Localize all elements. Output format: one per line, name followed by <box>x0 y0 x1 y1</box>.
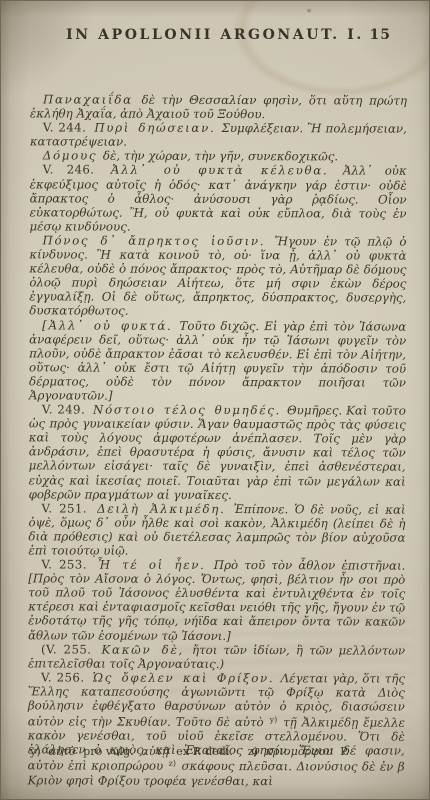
scholia-paragraph: V. 244. Πυρὶ δηώσειαν. Συμφλέξειαν. Ἢ πο… <box>30 121 407 151</box>
lemma-text: [Ἀλλ᾽ οὐ φυκτά. <box>42 318 172 332</box>
page-show-through <box>160 615 412 748</box>
scholia-paragraph: Πόνος δ᾽ ἄπρηκτος ἰοῦσιν. Ἤγουν ἐν τῷ πλ… <box>29 233 406 319</box>
book-page-scan: IN APOLLONII ARGONAUT. I. 15 Παναχαιΐδα … <box>0 0 430 800</box>
verse-ref: V. 253. <box>41 557 87 571</box>
latin-text: y) <box>30 745 41 758</box>
note-text: Θυμῆρες. Καὶ τοῦτο ὡς πρὸς γυναικείαν φύ… <box>29 403 406 501</box>
scholia-paragraph: [Ἀλλ᾽ οὐ φυκτά. Τοῦτο διχῶς. Εἰ γὰρ ἐπὶ … <box>29 318 406 404</box>
scholia-paragraph: Δόμους δὲ, τὴν χώραν, τὴν γῆν, συνεκδοχι… <box>30 149 407 164</box>
scholia-paragraph: Παναχαιΐδα δὲ τὴν Θεσσαλίαν φησὶν, ὅτι α… <box>30 92 407 122</box>
lemma-text: Ἀλλ᾽ οὐ φυκτὰ κέλευθα. <box>111 163 329 178</box>
running-header: IN APOLLONII ARGONAUT. I. 15 <box>1 27 429 45</box>
lemma-text: Νόστοιο τέλος θυμηδές. <box>93 403 281 418</box>
lemma-text: Δειλὴ Ἀλκιμέδη. <box>97 501 225 515</box>
scholia-paragraph: V. 251. Δειλὴ Ἀλκιμέδη. Ἐπίπονε. Ὁ δὲ νο… <box>28 501 405 559</box>
footnote-marker: z) <box>169 759 176 768</box>
verse-ref: V. 256. <box>41 670 85 684</box>
verse-ref: V. 249. <box>42 402 85 416</box>
verse-ref: V. 251. <box>42 501 87 515</box>
lemma-text: Ἦ τέ οἱ ἦεν. <box>97 558 206 572</box>
latin-text: pro vulg. <box>83 745 134 758</box>
verse-ref: (V. 255. <box>41 642 91 656</box>
note-text: αὐτὸ <box>48 745 75 758</box>
lemma-text: Πυρὶ δηώσειαν. <box>94 121 215 135</box>
note-text: δὲ, τὴν χώραν, τὴν γῆν, συνεκδοχικῶς. <box>103 149 338 164</box>
page-number: 15 <box>370 27 391 43</box>
verse-ref: V. 246. <box>43 163 95 177</box>
lemma-text: Παναχαιΐδα <box>43 92 133 106</box>
note-text: Συμφλέξειαν. Ἢ πολεμήσειαν, καταστρέψεια… <box>30 121 407 149</box>
latin-text: P. <box>340 745 349 758</box>
lemma-text: Πόνος δ᾽ ἄπρηκτος ἰοῦσιν. <box>42 233 265 248</box>
scholia-paragraph: V. 249. Νόστοιο τέλος θυμηδές. Θυμῆρες. … <box>29 402 406 502</box>
lemma-text: Δόμους <box>43 149 97 163</box>
paper-speck <box>307 9 311 12</box>
verse-ref: V. 244. <box>43 121 86 135</box>
scholia-paragraph: V. 246. Ἀλλ᾽ οὐ φυκτὰ κέλευθα. Ἀλλ᾽ οὐκ … <box>30 163 407 235</box>
header-title: IN APOLLONII ARGONAUT. I. <box>1 27 429 43</box>
